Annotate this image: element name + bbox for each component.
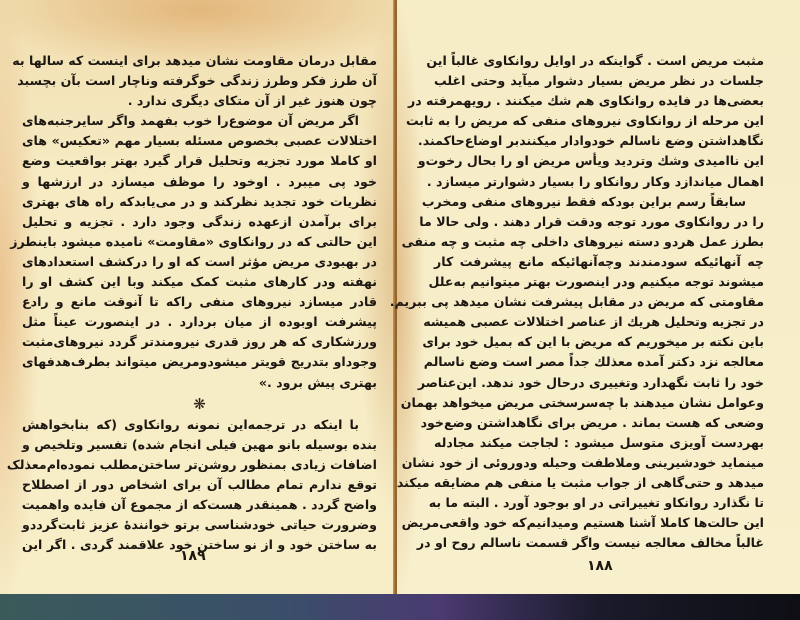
text-line: بهتری پیش برود .» <box>22 373 377 393</box>
page-number-right: ۱۸۸ <box>587 558 613 574</box>
text-line: چه آنهائیکه سودمندند وچه‌آنهائیکه مانع پ… <box>434 252 764 272</box>
text-line: مثبت مریض است . گواینکه در اوایل روانکاو… <box>434 51 764 71</box>
text-line: قادر میسازد نیروهای منفی راکه تا آنوقت م… <box>22 292 377 312</box>
left-page: مقابل درمان مقاومت نشان میدهد برای اینست… <box>0 0 396 596</box>
text-line: خود پی میبرد . اوخود را موظف میسازد در ا… <box>22 172 377 192</box>
text-line: بعضی‌ها در فایده روانکاوی هم شك میکنند .… <box>434 91 764 111</box>
text-line: او کاملا مورد تجزیه وتحلیل قرار گیرد بهت… <box>22 151 377 171</box>
text-line: اضافات زیادی بمنظور روشن‌تر ساختن‌مطلب ن… <box>22 455 377 475</box>
text-line: این حالتی که در روانکاوی «مقاومت» نامیده… <box>22 232 377 252</box>
text-line: بنده بوسیله بانو مهین فیلی انجام شده) تف… <box>22 435 377 455</box>
text-line: اگر مریض آن موضوع‌را خوب بفهمد واگر سایر… <box>22 111 377 131</box>
text-line: میدهد و حتی‌گاهی از جواب مثبت یا منفی هم… <box>434 473 764 493</box>
text-line: برای برآمدن ازعهده زندگی وجود دارد . تجز… <box>22 212 377 232</box>
text-line: ورزشکاری که هر روز قدری نیرومندتر گردد ن… <box>22 332 377 352</box>
left-page-text: مقابل درمان مقاومت نشان میدهد برای اینست… <box>22 51 377 555</box>
text-line: با اینکه در ترجمه‌این نمونه روانکاوی (که… <box>22 415 377 435</box>
text-line: چون هنوز غیر از آن متکای دیگری ندارد . <box>22 91 377 111</box>
text-line: آن طرز فکر وطرز زندگی خوگرفته وناچار است… <box>22 71 377 91</box>
text-line: پیشرفت اوبوده از میان بردارد . در اینصور… <box>22 312 377 332</box>
text-line: معالجه نزد دکتر آمده معذلك جداً مصر است … <box>434 352 764 372</box>
right-page-text: مثبت مریض است . گواینکه در اوایل روانکاو… <box>434 51 764 553</box>
text-line: بهردست آویزی متوسل میشود : لجاجت میکند م… <box>434 433 764 453</box>
book-spread: مقابل درمان مقاومت نشان میدهد برای اینست… <box>0 0 800 596</box>
text-line: سابقاً رسم براین بودکه فقط نیروهای منفی … <box>434 192 764 212</box>
scan-backdrop <box>0 594 800 620</box>
text-line: نظریات خود تجدید نظرکند و در می‌یابدکه ر… <box>22 192 377 212</box>
text-line: باین نکته بر میخوریم که مریض با این که ب… <box>434 332 764 352</box>
text-line: توقع ندارم تمام مطالب آن برای اشخاص دور … <box>22 475 377 495</box>
page-number-left: ۱۸۹ <box>180 548 206 564</box>
text-line: واضح گردد . همینقدر هست‌که از مجموع آن ف… <box>22 495 377 515</box>
text-line: این حالت‌ها کاملا آشنا هستیم ومیدانیم‌که… <box>434 513 764 533</box>
text-line: میشوند توجه میکنیم ودر اینصورت بهتر میتو… <box>434 272 764 292</box>
section-separator-icon: ❋ <box>22 393 377 415</box>
text-line: بطرز عمل هردو دسته نیروهای داخلی چه مثبت… <box>434 232 764 252</box>
text-line: وجوداو بتدریج قویتر میشودومریض میتواند ب… <box>22 352 377 372</box>
text-line: نگاهداشتن وضع ناسالم خودوادار میکنندبر ا… <box>434 131 764 151</box>
text-line: در بهبودی مریض مؤثر است که او را درکشف ا… <box>22 252 377 272</box>
text-line: تا نگذارد روانکاو تغییراتی در او بوجود آ… <box>434 493 764 513</box>
text-line: اهمال میاندازد وکار روانکاو را بسیار دشو… <box>434 172 764 192</box>
text-line: این ناامیدی وشك وتردید ویأس مریض او را ب… <box>434 151 764 171</box>
text-line: جلسات در نظر مریض بسیار دشوار میآید وحتی… <box>434 71 764 91</box>
text-line: مقابل درمان مقاومت نشان میدهد برای اینست… <box>22 51 377 71</box>
text-line: نهفته ودر کارهای مثبت کمک میکند وبا این … <box>22 272 377 292</box>
text-line: وضرورت حیاتی خودشناسی برتو خوانندهٔ عزیز… <box>22 515 377 535</box>
text-line: وضعی که هست بماند . مریض برای نگاهداشتن … <box>434 413 764 433</box>
text-line: مینماید خودشیرینی وملاطفت وحیله ودوروئی … <box>434 453 764 473</box>
text-line: وعوامل نشان میدهند با چه‌سرسختی مریض میخ… <box>434 393 764 413</box>
text-line: این مرحله از روانکاوی نیروهای منفی که مر… <box>434 111 764 131</box>
text-line: غالباً مخالف معالجه نیست واگر قسمت ناسال… <box>434 533 764 553</box>
text-line: خود را ثابت نگهدارد وتغییری درحال خود ند… <box>434 373 764 393</box>
text-line: را در روانکاوی مورد توجه ودقت قرار دهند … <box>434 212 764 232</box>
text-line: در تجزیه وتحلیل هریك از عناصر اختلالات ع… <box>434 312 764 332</box>
text-line: اختلالات عصبی بخصوص مسئله بسیار مهم «تعک… <box>22 131 377 151</box>
right-page: مثبت مریض است . گواینکه در اوایل روانکاو… <box>397 0 800 596</box>
text-line: مقاومتی که مریض در مقابل پیشرفت نشان مید… <box>434 292 764 312</box>
